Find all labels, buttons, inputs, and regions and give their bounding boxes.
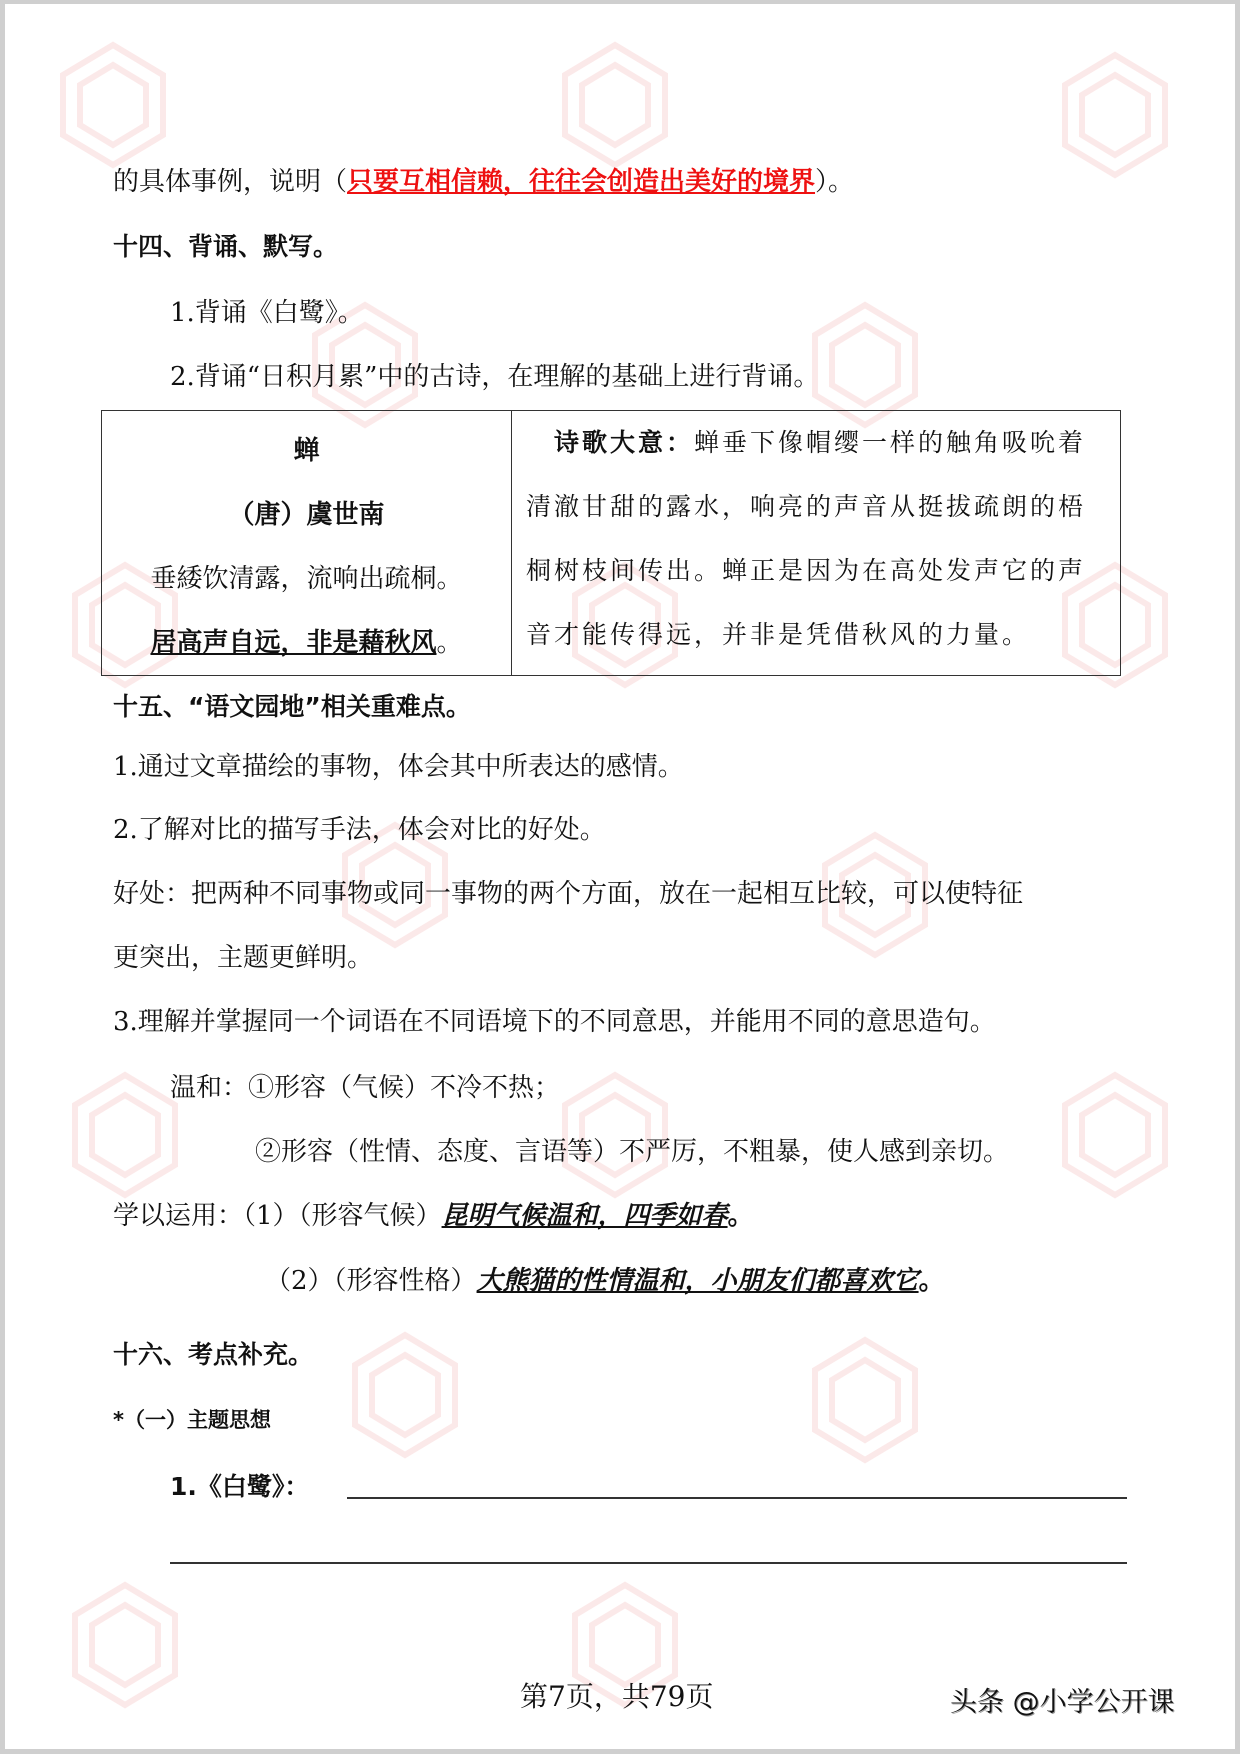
brand-watermark: 头条 @小学公开课 [950,1680,1175,1719]
watermark-logo-icon [1060,1070,1170,1200]
apply-line-2: （2）（形容性格）大熊猫的性情温和，小朋友们都喜欢它。 [265,1264,945,1298]
apply-2-label: （2）（形容性格） [265,1266,477,1296]
poem-text-cell: 蝉 （唐）虞世南 垂緌饮清露，流响出疏桐。 居高声自远，非是藉秋风。 [102,411,512,676]
watermark-logo-icon [560,40,670,170]
watermark-logo-icon [350,1330,460,1460]
page-number: 第7页，共79页 [520,1675,713,1715]
watermark-logo-icon [70,1580,180,1710]
section-15-item-3: 3.理解并掌握同一个词语在不同语境下的不同意思，并能用不同的意思造句。 [113,1005,996,1039]
watermark-logo-icon [70,1070,180,1200]
apply-answer-1: 昆明气候温和，四季如春 [442,1201,728,1231]
page-frame-left [0,0,5,1754]
continuation-prefix: 的具体事例，说明（ [113,167,347,197]
section-15-heading: 十五、“语文园地”相关重难点。 [113,690,471,724]
section-16-heading: 十六、考点补充。 [113,1338,313,1372]
poem-line-2: 居高声自远，非是藉秋风。 [102,611,511,675]
page-frame-right [1235,0,1240,1754]
benefit-line-2: 更突出，主题更鲜明。 [113,941,373,975]
poem-line-2-underlined: 居高声自远，非是藉秋风 [150,628,436,658]
theme-subheading: *（一）主题思想 [113,1403,271,1437]
poem-line-1: 垂緌饮清露，流响出疏桐。 [102,547,511,611]
continuation-suffix: ）。 [815,167,854,197]
section-14-item-1: 1.背诵《白鹭》。 [170,296,364,330]
continuation-line: 的具体事例，说明（只要互相信赖，往往会创造出美好的境界）。 [113,165,854,199]
watermark-logo-icon [58,40,168,170]
wenhe-meaning-1: 温和：①形容（气候）不冷不热； [170,1071,560,1105]
benefit-line-1: 好处：把两种不同事物或同一事物的两个方面，放在一起相互比较，可以使特征 [113,877,1023,911]
poem-meaning-label: 诗歌大意： [554,428,694,457]
answer-blank-line-2[interactable] [170,1562,1127,1564]
section-14-item-2: 2.背诵“日积月累”中的古诗，在理解的基础上进行背诵。 [170,360,819,394]
page-frame-bottom [0,1749,1240,1754]
watermark-logo-icon [810,1335,920,1465]
poem-author: （唐）虞世南 [102,483,511,547]
poem-line-2-end: 。 [437,628,463,658]
answer-red-text: 只要互相信赖，往往会创造出美好的境界 [347,167,815,197]
section-15-item-2: 2.了解对比的描写手法，体会对比的好处。 [113,813,606,847]
poem-meaning-cell: 诗歌大意：蝉垂下像帽缨一样的触角吸吮着清澈甘甜的露水，响亮的声音从挺拔疏朗的梧桐… [512,411,1121,676]
page-frame-top [0,0,1240,4]
poem-title: 蝉 [102,419,511,483]
apply-answer-1-end: 。 [728,1201,754,1231]
watermark-logo-icon [1060,50,1170,180]
apply-line-1: 学以运用：（1）（形容气候）昆明气候温和，四季如春。 [113,1199,754,1233]
answer-blank-line-1[interactable] [347,1497,1127,1499]
poem-meaning-text: 蝉垂下像帽缨一样的触角吸吮着清澈甘甜的露水，响亮的声音从挺拔疏朗的梧桐树枝间传出… [526,428,1086,649]
bailu-theme-label: 1.《白鹭》： [170,1470,309,1504]
apply-answer-2: 大熊猫的性情温和，小朋友们都喜欢它 [477,1266,919,1296]
section-14-heading: 十四、背诵、默写。 [113,230,338,264]
poem-table: 蝉 （唐）虞世南 垂緌饮清露，流响出疏桐。 居高声自远，非是藉秋风。 诗歌大意：… [101,410,1121,676]
wenhe-meaning-2: ②形容（性情、态度、言语等）不严厉，不粗暴，使人感到亲切。 [255,1135,1009,1169]
section-15-item-1: 1.通过文章描绘的事物，体会其中所表达的感情。 [113,750,684,784]
apply-label: 学以运用：（1）（形容气候） [113,1201,442,1231]
apply-answer-2-end: 。 [919,1266,945,1296]
